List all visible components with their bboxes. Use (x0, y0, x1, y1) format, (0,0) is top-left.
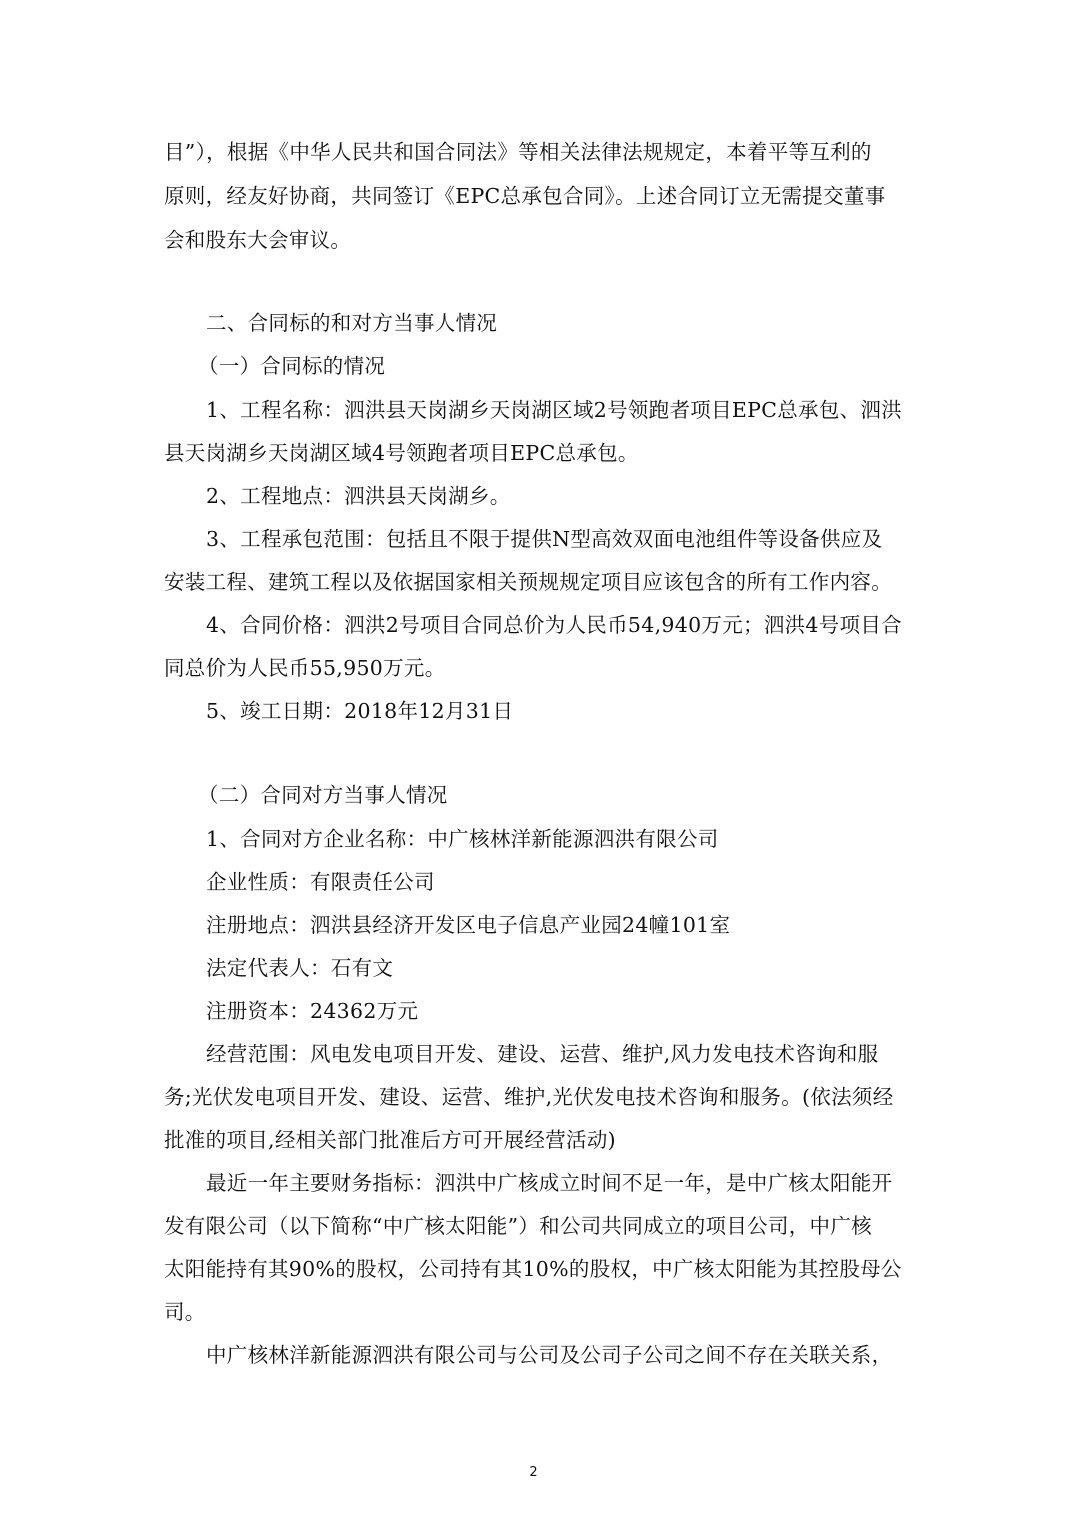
subsection-heading-1: （一）合同标的情况 (198, 352, 385, 380)
counterparty-scope-line-2: 务;光伏发电项目开发、建设、运营、维护,光伏发电技术咨询和服务。(依法须经 (164, 1083, 894, 1111)
subject-item-5: 5、竣工日期：2018年12月31日 (206, 697, 513, 725)
counterparty-finance-line-4: 司。 (164, 1298, 206, 1326)
subject-item-2: 2、工程地点：泗洪县天岗湖乡。 (206, 482, 511, 510)
counterparty-address: 注册地点：泗洪县经济开发区电子信息产业园24幢101室 (206, 911, 730, 939)
counterparty-name: 1、合同对方企业名称：中广核林洋新能源泗洪有限公司 (206, 825, 719, 853)
counterparty-relation: 中广核林洋新能源泗洪有限公司与公司及公司子公司之间不存在关联关系， (206, 1341, 892, 1369)
counterparty-scope-line-1: 经营范围：风电发电项目开发、建设、运营、维护,风力发电技术咨询和服 (206, 1040, 878, 1068)
page-number: 2 (0, 1465, 1067, 1480)
counterparty-scope-line-3: 批准的项目,经相关部门批准后方可开展经营活动) (164, 1126, 616, 1154)
subject-item-1-line-1: 1、工程名称：泗洪县天岗湖乡天岗湖区域2号领跑者项目EPC总承包、泗洪 (206, 396, 902, 424)
counterparty-finance-line-1: 最近一年主要财务指标：泗洪中广核成立时间不足一年，是中广核太阳能开 (206, 1169, 892, 1197)
counterparty-nature: 企业性质：有限责任公司 (206, 868, 435, 896)
counterparty-capital: 注册资本：24362万元 (206, 997, 418, 1025)
intro-line-2: 原则，经友好协商，共同签订《EPC总承包合同》。上述合同订立无需提交董事 (164, 182, 886, 210)
counterparty-legal-rep: 法定代表人：石有文 (206, 954, 393, 982)
subject-item-4-line-1: 4、合同价格：泗洪2号项目合同总价为人民币54,940万元；泗洪4号项目合 (206, 611, 902, 639)
subject-item-3-line-2: 安装工程、建筑工程以及依据国家相关预规规定项目应该包含的所有工作内容。 (164, 568, 892, 596)
intro-line-3: 会和股东大会审议。 (164, 226, 351, 254)
counterparty-finance-line-3: 太阳能持有其90%的股权，公司持有其10%的股权，中广核太阳能为其控股母公 (164, 1255, 902, 1283)
document-page: 目”），根据《中华人民共和国合同法》等相关法律法规规定，本着平等互利的 原则，经… (0, 0, 1067, 1539)
intro-line-1: 目”），根据《中华人民共和国合同法》等相关法律法规规定，本着平等互利的 (164, 138, 872, 166)
subject-item-4-line-2: 同总价为人民币55,950万元。 (164, 654, 446, 682)
subject-item-3-line-1: 3、工程承包范围：包括且不限于提供N型高效双面电池组件等设备供应及 (206, 525, 882, 553)
subsection-heading-2: （二）合同对方当事人情况 (198, 781, 448, 809)
section-heading-2: 二、合同标的和对方当事人情况 (206, 309, 497, 337)
subject-item-1-line-2: 县天岗湖乡天岗湖区域4号领跑者项目EPC总承包。 (164, 439, 639, 467)
counterparty-finance-line-2: 发有限公司（以下简称“中广核太阳能”）和公司共同成立的项目公司，中广核 (164, 1212, 872, 1240)
